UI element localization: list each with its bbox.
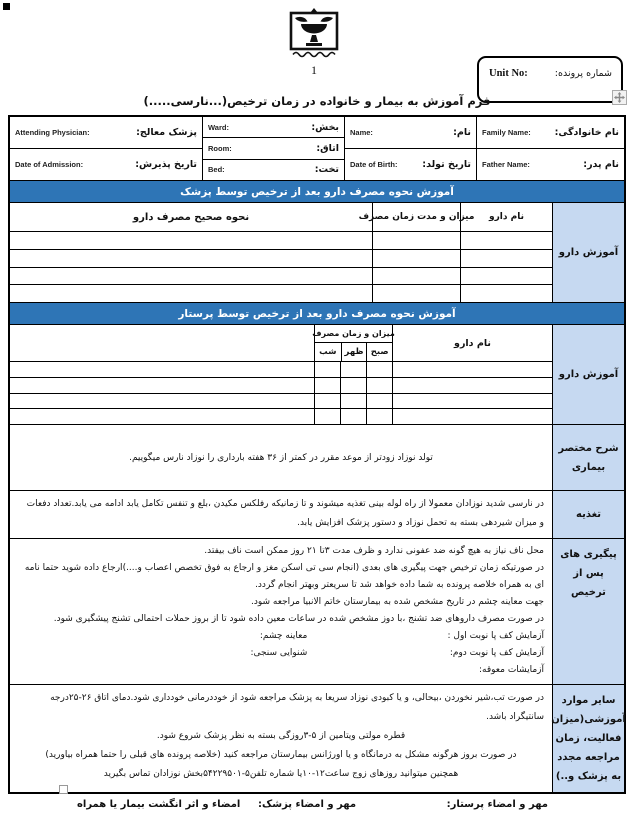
morning-cell[interactable] xyxy=(366,409,392,424)
hospital-logo: 1 xyxy=(286,8,342,78)
lab-label-right: آزمایش کف پا نوبت دوم: xyxy=(307,645,544,662)
patient-signature-label: امضاء و اثر انگشت بیمار یا همراه xyxy=(77,799,240,810)
col-night: شب xyxy=(315,343,341,361)
amount-cell[interactable] xyxy=(372,268,460,285)
demographics-col-name: نام: Name: تاریخ تولد: Date of Birth: xyxy=(345,117,477,180)
room-label-fa: اتاق: xyxy=(316,143,339,154)
father-name-label-fa: نام پدر: xyxy=(583,159,619,170)
corner-mark xyxy=(3,3,10,10)
amount-time-label: میزان و زمان مصرف xyxy=(315,325,392,343)
lab-label-left xyxy=(18,662,307,679)
physician-med-row xyxy=(10,249,552,267)
col-amount-time-group: میزان و زمان مصرف صبح ظهر شب xyxy=(314,325,392,361)
drug-name-cell[interactable] xyxy=(392,394,552,409)
name-label-fa: نام: xyxy=(453,127,471,138)
method-cell[interactable] xyxy=(10,268,372,285)
method-cell[interactable] xyxy=(10,232,372,249)
nutrition-text: در نارسی شدید نوزادان معمولا از راه لوله… xyxy=(10,491,552,538)
table-resize-handle[interactable] xyxy=(59,785,68,794)
amount-cell[interactable] xyxy=(372,285,460,302)
morning-cell[interactable] xyxy=(366,362,392,377)
col-drug-name: نام دارو xyxy=(392,325,552,361)
instruction-line: ای به همراه خلاصه پرونده به شما داده خوا… xyxy=(18,577,544,594)
col-noon: ظهر xyxy=(341,343,367,361)
col-correct-method: نحوه صحیح مصرف دارو xyxy=(10,203,372,231)
lab-label-right: آزمایش کف پا نوبت اول : xyxy=(307,628,544,645)
nutrition-label: تغذیه xyxy=(552,491,624,538)
drug-name-cell[interactable] xyxy=(460,232,552,249)
section-disease-summary: شرح مختصر بیماری تولد نوزاد زودتر از موع… xyxy=(10,424,624,490)
col-amount-duration: میزان و مدت زمان مصرف xyxy=(372,203,460,231)
instruction-line: در صورت مصرف داروهای ضد تشنج ،با دوز مشخ… xyxy=(18,611,544,628)
field-family-name[interactable]: نام خانوادگی: Family Name: xyxy=(477,117,624,148)
field-room[interactable]: اتاق: Room: xyxy=(203,137,344,158)
logo-caption: 1 xyxy=(286,63,342,78)
physician-signature-label: مهر و امضاء پزشک: xyxy=(258,799,356,810)
amount-cell[interactable] xyxy=(372,232,460,249)
lab-entry-row[interactable]: آزمایشات معوقه: xyxy=(18,662,544,679)
dob-label-fa: تاریخ تولد: xyxy=(422,159,471,170)
instruction-line: قطره مولتی ویتامین از ۵-۳روزگی بسته به ن… xyxy=(18,727,544,746)
col-morning: صبح xyxy=(366,343,392,361)
field-bed[interactable]: تخت: Bed: xyxy=(203,159,344,180)
admission-label-fa: تاریخ پذیرش: xyxy=(135,159,197,170)
nurse-meds-side-label: آموزش دارو xyxy=(552,325,624,424)
physician-label-en: Attending Physician: xyxy=(15,128,90,137)
drug-name-cell[interactable] xyxy=(460,250,552,267)
instruction-line: محل ناف نیاز به هیچ گونه ضد عفونی ندارد … xyxy=(18,543,544,560)
demographics-col-ward: بخش: Ward: اتاق: Room: تخت: Bed: xyxy=(203,117,345,180)
physician-med-row xyxy=(10,231,552,249)
family-name-label-fa: نام خانوادگی: xyxy=(555,127,619,138)
disease-summary-label: شرح مختصر بیماری xyxy=(552,425,624,490)
nurse-med-row xyxy=(10,393,552,409)
lab-label-left: معاینه چشم: xyxy=(18,628,307,645)
field-ward[interactable]: بخش: Ward: xyxy=(203,117,344,137)
noon-cell[interactable] xyxy=(340,378,366,393)
physician-meds-header: نام دارو میزان و مدت زمان مصرف نحوه صحیح… xyxy=(10,203,552,231)
night-cell[interactable] xyxy=(314,409,340,424)
method-cell[interactable] xyxy=(10,285,372,302)
other-education-label: سایر موارد آموزشی(میزان فعالیت، زمان مرا… xyxy=(552,685,624,792)
drug-name-cell[interactable] xyxy=(392,409,552,424)
form-table: نام خانوادگی: Family Name: نام پدر: Fath… xyxy=(8,115,626,794)
physician-meds-table: آموزش دارو نام دارو میزان و مدت زمان مصر… xyxy=(10,202,624,302)
form-title: فرم آموزش به بیمار و خانواده در زمان ترخ… xyxy=(0,94,634,108)
noon-cell[interactable] xyxy=(340,409,366,424)
nurse-med-row xyxy=(10,408,552,424)
noon-cell[interactable] xyxy=(340,394,366,409)
field-attending-physician[interactable]: پزشک معالج: Attending Physician: xyxy=(10,117,202,148)
section-nutrition: تغذیه در نارسی شدید نوزادان معمولا از را… xyxy=(10,490,624,538)
dob-label-en: Date of Birth: xyxy=(350,160,398,169)
lab-label-right: آزمایشات معوقه: xyxy=(307,662,544,679)
room-label-en: Room: xyxy=(208,144,232,153)
night-cell[interactable] xyxy=(314,362,340,377)
section-followup: پیگیری های پس از ترخیص محل ناف نیاز به ه… xyxy=(10,538,624,684)
family-name-label-en: Family Name: xyxy=(482,128,531,137)
drug-name-cell[interactable] xyxy=(460,268,552,285)
nurse-signature-label: مهر و امضاء پرستار: xyxy=(447,799,548,810)
physician-med-row xyxy=(10,267,552,285)
field-date-of-birth[interactable]: تاریخ تولد: Date of Birth: xyxy=(345,148,476,180)
notes-cell[interactable] xyxy=(10,378,314,393)
notes-cell[interactable] xyxy=(10,394,314,409)
nurse-meds-header: نام دارو میزان و زمان مصرف صبح ظهر شب xyxy=(10,325,552,361)
field-father-name[interactable]: نام پدر: Father Name: xyxy=(477,148,624,180)
demographics-col-family: نام خانوادگی: Family Name: نام پدر: Fath… xyxy=(477,117,624,180)
nurse-meds-table: آموزش دارو نام دارو میزان و زمان مصرف صب… xyxy=(10,324,624,424)
bed-label-en: Bed: xyxy=(208,165,225,174)
lab-entry-row[interactable]: آزمایش کف پا نوبت دوم: شنوایی سنجی: xyxy=(18,645,544,662)
morning-cell[interactable] xyxy=(366,378,392,393)
instruction-line: سانتیگراد باشد. xyxy=(18,708,544,727)
instruction-line: همچنین میتوانید روزهای زوج ساعت۱۲-۱۰یا ش… xyxy=(18,765,544,784)
field-name[interactable]: نام: Name: xyxy=(345,117,476,148)
lab-label-left: شنوایی سنجی: xyxy=(18,645,307,662)
instruction-line: و میزان شیردهی بسته به تحمل نوزاد و دستو… xyxy=(18,514,544,533)
morning-cell[interactable] xyxy=(366,394,392,409)
physician-meds-side-label: آموزش دارو xyxy=(552,203,624,302)
field-date-of-admission[interactable]: تاریخ پذیرش: Date of Admission: xyxy=(10,148,202,180)
notes-cell[interactable] xyxy=(10,362,314,377)
nurse-med-row xyxy=(10,377,552,393)
bed-label-fa: تخت: xyxy=(315,164,339,175)
nurse-med-row xyxy=(10,361,552,377)
drug-name-cell[interactable] xyxy=(392,378,552,393)
amount-cell[interactable] xyxy=(372,250,460,267)
ward-label-fa: بخش: xyxy=(311,122,339,133)
instruction-line: در صورت تب،شیر نخوردن ،بیحالی، و یا کبود… xyxy=(18,689,544,708)
demographics: نام خانوادگی: Family Name: نام پدر: Fath… xyxy=(10,117,624,180)
nurse-meds-band: آموزش نحوه مصرف دارو بعد از ترخیص توسط پ… xyxy=(10,302,624,324)
drug-name-cell[interactable] xyxy=(392,362,552,377)
hospital-logo-emblem xyxy=(288,8,340,58)
notes-cell[interactable] xyxy=(10,409,314,424)
followup-label: پیگیری های پس از ترخیص xyxy=(552,539,624,684)
admission-label-en: Date of Admission: xyxy=(15,160,83,169)
section-other-education: سایر موارد آموزشی(میزان فعالیت، زمان مرا… xyxy=(10,684,624,792)
nurse-meds-blank-header xyxy=(10,325,314,361)
instruction-line: در نارسی شدید نوزادان معمولا از راه لوله… xyxy=(18,495,544,514)
method-cell[interactable] xyxy=(10,250,372,267)
lab-entry-row[interactable]: آزمایش کف پا نوبت اول : معاینه چشم: xyxy=(18,628,544,645)
ward-label-en: Ward: xyxy=(208,123,229,132)
physician-med-row xyxy=(10,284,552,302)
other-education-text: در صورت تب،شیر نخوردن ،بیحالی، و یا کبود… xyxy=(10,685,552,792)
followup-text: محل ناف نیاز به هیچ گونه ضد عفونی ندارد … xyxy=(10,539,552,684)
demographics-col-physician: پزشک معالج: Attending Physician: تاریخ پ… xyxy=(10,117,203,180)
instruction-line: جهت معاینه چشم در تاریخ مشخص شده به بیما… xyxy=(18,594,544,611)
name-label-en: Name: xyxy=(350,128,373,137)
noon-cell[interactable] xyxy=(340,362,366,377)
night-cell[interactable] xyxy=(314,378,340,393)
physician-label-fa: پزشک معالج: xyxy=(136,127,197,138)
drug-name-cell[interactable] xyxy=(460,285,552,302)
father-name-label-en: Father Name: xyxy=(482,160,530,169)
disease-summary-text: تولد نوزاد زودتر از موعد مقرر در کمتر از… xyxy=(10,425,552,490)
night-cell[interactable] xyxy=(314,394,340,409)
instruction-line: در صورتیکه زمان ترخیص جهت پیگیری های بعد… xyxy=(18,560,544,577)
instruction-line: در صورت بروز هرگونه مشکل به درمانگاه و ی… xyxy=(18,746,544,765)
physician-meds-band: آموزش نحوه مصرف دارو بعد از ترخیص توسط پ… xyxy=(10,180,624,202)
